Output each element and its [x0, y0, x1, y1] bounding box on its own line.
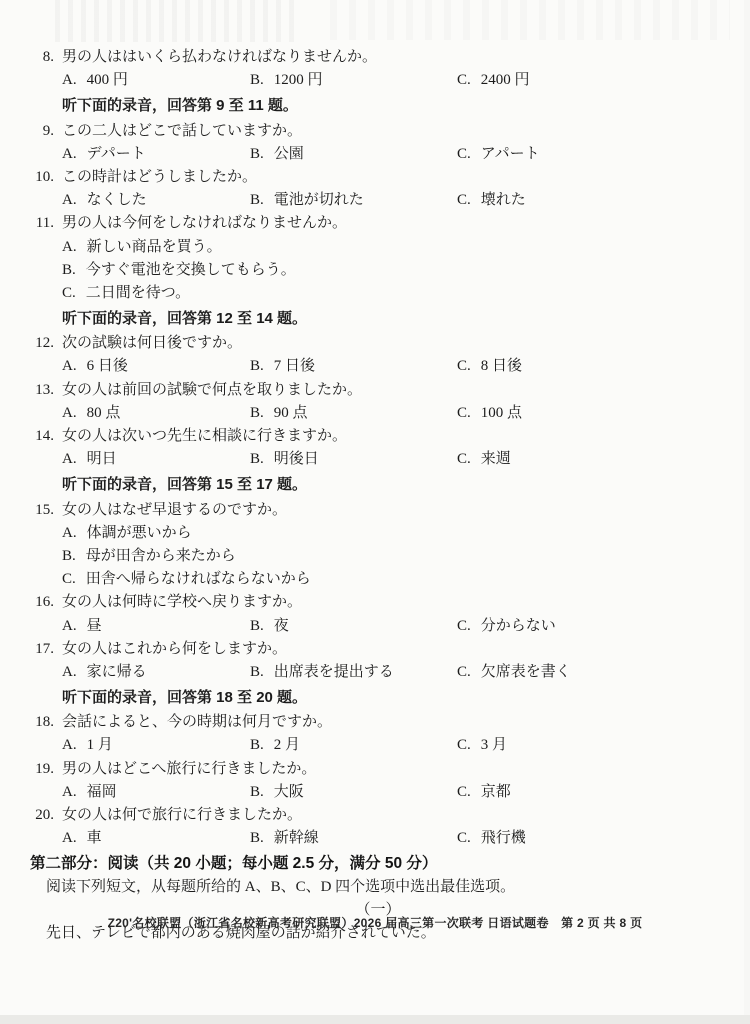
section-header: 第二部分：阅读（共 20 小题；每小题 2.5 分，满分 50 分） — [30, 852, 726, 875]
option: A.80 点 — [62, 402, 250, 425]
option: C.アパート — [457, 143, 726, 166]
option-text: 福岡 — [87, 781, 117, 804]
option: A.6 日後 — [62, 355, 250, 378]
question-line: 20.女の人は何で旅行に行きましたか。 — [30, 804, 726, 827]
option: B.明後日 — [250, 448, 457, 471]
option-label: B. — [250, 189, 264, 212]
option-text: 1 月 — [87, 734, 113, 757]
option: C.100 点 — [457, 402, 726, 425]
option-text: 車 — [87, 827, 102, 850]
option: C.3 月 — [457, 734, 726, 757]
option-label: C. — [457, 355, 471, 378]
question-number: 18. — [30, 711, 54, 734]
option-text: 壊れた — [481, 189, 526, 212]
scan-artifact-top — [55, 0, 295, 42]
option-text: 1200 円 — [274, 69, 323, 92]
option-row: A.なくしたB.電池が切れたC.壊れた — [30, 189, 726, 212]
question-text: この二人はどこで話していますか。 — [62, 120, 302, 143]
option-row: A.福岡B.大阪C.京都 — [30, 781, 726, 804]
option-label: A. — [62, 781, 77, 804]
option-text: 昼 — [87, 615, 102, 638]
option-text: 家に帰る — [87, 661, 147, 684]
option-text: 来週 — [481, 448, 511, 471]
option-label: A. — [62, 143, 77, 166]
option-text: 明日 — [87, 448, 117, 471]
option-label: B. — [250, 402, 264, 425]
option: A.1 月 — [62, 734, 250, 757]
option-label: A. — [62, 827, 77, 850]
question-line: 8.男の人ははいくら払わなければなりませんか。 — [30, 46, 726, 69]
question-number: 9. — [30, 120, 54, 143]
option-label: A. — [62, 189, 77, 212]
option-row: A.家に帰るB.出席表を提出するC.欠席表を書く — [30, 661, 726, 684]
question-text: 男の人は今何をしなければなりませんか。 — [62, 212, 347, 235]
option: A.デパート — [62, 143, 250, 166]
option-text: 6 日後 — [87, 355, 128, 378]
listening-instruction: 听下面的录音，回答第 12 至 14 题。 — [30, 307, 726, 330]
option: B.公園 — [250, 143, 457, 166]
option-row: A.80 点B.90 点C.100 点 — [30, 402, 726, 425]
option: B.母が田舎から来たから — [30, 545, 726, 568]
option-text: 今すぐ電池を交換してもらう。 — [86, 259, 296, 282]
listening-instruction: 听下面的录音，回答第 18 至 20 题。 — [30, 686, 726, 709]
question-line: 13.女の人は前回の試験で何点を取りましたか。 — [30, 379, 726, 402]
question-number: 19. — [30, 758, 54, 781]
option: B.1200 円 — [250, 69, 457, 92]
question-text: 女の人はなぜ早退するのですか。 — [62, 499, 287, 522]
option-text: 2400 円 — [481, 69, 530, 92]
option-text: 2 月 — [274, 734, 300, 757]
option: C.二日間を待つ。 — [30, 282, 726, 305]
option-label: B. — [250, 69, 264, 92]
option-label: C. — [457, 661, 471, 684]
option-text: 田舎へ帰らなければならないから — [86, 568, 311, 591]
question-number: 20. — [30, 804, 54, 827]
question-text: 女の人はこれから何をしますか。 — [62, 638, 287, 661]
option: B.2 月 — [250, 734, 457, 757]
option-label: B. — [250, 448, 264, 471]
option: C.田舎へ帰らなければならないから — [30, 568, 726, 591]
option-label: C. — [457, 781, 471, 804]
question-number: 15. — [30, 499, 54, 522]
option-label: C. — [457, 734, 471, 757]
option-label: B. — [250, 827, 264, 850]
option-label: B. — [250, 143, 264, 166]
option-text: デパート — [87, 143, 146, 166]
option-text: 電池が切れた — [274, 189, 364, 212]
question-text: 女の人は何時に学校へ戻りますか。 — [62, 591, 302, 614]
option-text: 体調が悪いから — [87, 522, 192, 545]
option-text: 大阪 — [274, 781, 304, 804]
option-label: C. — [457, 189, 471, 212]
option-label: A. — [62, 661, 77, 684]
option-label: A. — [62, 734, 77, 757]
option-text: 新しい商品を買う。 — [87, 236, 222, 259]
exam-content: 8.男の人ははいくら払わなければなりませんか。A.400 円B.1200 円C.… — [30, 46, 726, 945]
option: C.来週 — [457, 448, 726, 471]
option-row: A.明日B.明後日C.来週 — [30, 448, 726, 471]
listening-instruction: 听下面的录音，回答第 9 至 11 题。 — [30, 94, 726, 117]
option: A.福岡 — [62, 781, 250, 804]
option: C.分からない — [457, 615, 726, 638]
question-line: 17.女の人はこれから何をしますか。 — [30, 638, 726, 661]
scanned-exam-page: 8.男の人ははいくら払わなければなりませんか。A.400 円B.1200 円C.… — [0, 0, 750, 1024]
option-row: A.1 月B.2 月C.3 月 — [30, 734, 726, 757]
option: C.飛行機 — [457, 827, 726, 850]
option-label: C. — [457, 143, 471, 166]
question-number: 17. — [30, 638, 54, 661]
option-text: 400 円 — [87, 69, 128, 92]
option-label: B. — [250, 734, 264, 757]
option-label: A. — [62, 236, 77, 259]
option-label: B. — [250, 661, 264, 684]
option-text: 80 点 — [87, 402, 121, 425]
option-label: A. — [62, 355, 77, 378]
question-text: 男の人ははいくら払わなければなりませんか。 — [62, 46, 377, 69]
option-text: 3 月 — [481, 734, 507, 757]
option-label: B. — [62, 545, 76, 568]
option-text: 分からない — [481, 615, 556, 638]
listening-instruction: 听下面的录音，回答第 15 至 17 题。 — [30, 473, 726, 496]
option-label: A. — [62, 448, 77, 471]
option: A.車 — [62, 827, 250, 850]
option-text: アパート — [481, 143, 540, 166]
option-text: 明後日 — [274, 448, 319, 471]
question-number: 13. — [30, 379, 54, 402]
option-label: B. — [62, 259, 76, 282]
option-text: 飛行機 — [481, 827, 526, 850]
option-label: B. — [250, 615, 264, 638]
question-text: 次の試験は何日後ですか。 — [62, 332, 242, 355]
option: B.大阪 — [250, 781, 457, 804]
option: A.明日 — [62, 448, 250, 471]
option-label: C. — [62, 282, 76, 305]
question-text: 女の人は何で旅行に行きましたか。 — [62, 804, 302, 827]
option: A.新しい商品を買う。 — [30, 236, 726, 259]
question-number: 16. — [30, 591, 54, 614]
question-line: 18.会話によると、今の時期は何月ですか。 — [30, 711, 726, 734]
question-line: 16.女の人は何時に学校へ戻りますか。 — [30, 591, 726, 614]
scan-artifact-top-right — [330, 0, 730, 40]
option-text: 母が田舎から来たから — [86, 545, 236, 568]
option: B.新幹線 — [250, 827, 457, 850]
question-number: 14. — [30, 425, 54, 448]
question-line: 9.この二人はどこで話していますか。 — [30, 120, 726, 143]
option: A.家に帰る — [62, 661, 250, 684]
question-line: 10.この時計はどうしましたか。 — [30, 166, 726, 189]
option-text: 90 点 — [274, 402, 308, 425]
question-number: 12. — [30, 332, 54, 355]
option-label: C. — [457, 827, 471, 850]
option-text: 二日間を待つ。 — [86, 282, 190, 305]
option-label: A. — [62, 402, 77, 425]
question-number: 8. — [30, 46, 54, 69]
option: C.8 日後 — [457, 355, 726, 378]
option-row: A.400 円B.1200 円C.2400 円 — [30, 69, 726, 92]
option-text: 7 日後 — [274, 355, 315, 378]
option-label: C. — [457, 402, 471, 425]
option-label: C. — [62, 568, 76, 591]
option: C.欠席表を書く — [457, 661, 726, 684]
question-text: この時計はどうしましたか。 — [62, 166, 257, 189]
option-label: B. — [250, 781, 264, 804]
option-label: B. — [250, 355, 264, 378]
option: C.京都 — [457, 781, 726, 804]
option: C.壊れた — [457, 189, 726, 212]
option-row: A.車B.新幹線C.飛行機 — [30, 827, 726, 850]
option-label: A. — [62, 522, 77, 545]
question-number: 10. — [30, 166, 54, 189]
option: A.400 円 — [62, 69, 250, 92]
option: B.夜 — [250, 615, 457, 638]
option: B.今すぐ電池を交換してもらう。 — [30, 259, 726, 282]
question-line: 19.男の人はどこへ旅行に行きましたか。 — [30, 758, 726, 781]
option: B.電池が切れた — [250, 189, 457, 212]
option-text: 京都 — [481, 781, 511, 804]
question-text: 男の人はどこへ旅行に行きましたか。 — [62, 758, 316, 781]
option-label: A. — [62, 69, 77, 92]
paragraph-text: 阅读下列短文，从每题所给的 A、B、C、D 四个选项中选出最佳选项。 — [30, 876, 726, 899]
scan-artifact-right-edge — [744, 0, 750, 1024]
option-text: 新幹線 — [274, 827, 319, 850]
option: A.なくした — [62, 189, 250, 212]
question-line: 14.女の人は次いつ先生に相談に行きますか。 — [30, 425, 726, 448]
option: B.7 日後 — [250, 355, 457, 378]
question-line: 15.女の人はなぜ早退するのですか。 — [30, 499, 726, 522]
page-footer: Z20'名校联盟（浙江省名校新高考研究联盟）2026 届高三第一次联考 日语试题… — [0, 914, 750, 931]
option: B.出席表を提出する — [250, 661, 457, 684]
option-text: 出席表を提出する — [274, 661, 394, 684]
option-text: 100 点 — [481, 402, 522, 425]
option-text: 8 日後 — [481, 355, 522, 378]
option: B.90 点 — [250, 402, 457, 425]
question-line: 11.男の人は今何をしなければなりませんか。 — [30, 212, 726, 235]
option-row: A.昼B.夜C.分からない — [30, 615, 726, 638]
question-text: 会話によると、今の時期は何月ですか。 — [62, 711, 332, 734]
option-row: A.6 日後B.7 日後C.8 日後 — [30, 355, 726, 378]
question-text: 女の人は次いつ先生に相談に行きますか。 — [62, 425, 347, 448]
option-text: なくした — [87, 189, 147, 212]
option-label: C. — [457, 69, 471, 92]
scan-artifact-bottom-edge — [0, 1015, 750, 1024]
option-label: A. — [62, 615, 77, 638]
question-line: 12.次の試験は何日後ですか。 — [30, 332, 726, 355]
option-row: A.デパートB.公園C.アパート — [30, 143, 726, 166]
option: A.体調が悪いから — [30, 522, 726, 545]
option-text: 夜 — [274, 615, 289, 638]
option: C.2400 円 — [457, 69, 726, 92]
question-text: 女の人は前回の試験で何点を取りましたか。 — [62, 379, 362, 402]
question-number: 11. — [30, 212, 54, 235]
option: A.昼 — [62, 615, 250, 638]
option-label: C. — [457, 448, 471, 471]
option-text: 公園 — [274, 143, 304, 166]
option-label: C. — [457, 615, 471, 638]
option-text: 欠席表を書く — [481, 661, 571, 684]
